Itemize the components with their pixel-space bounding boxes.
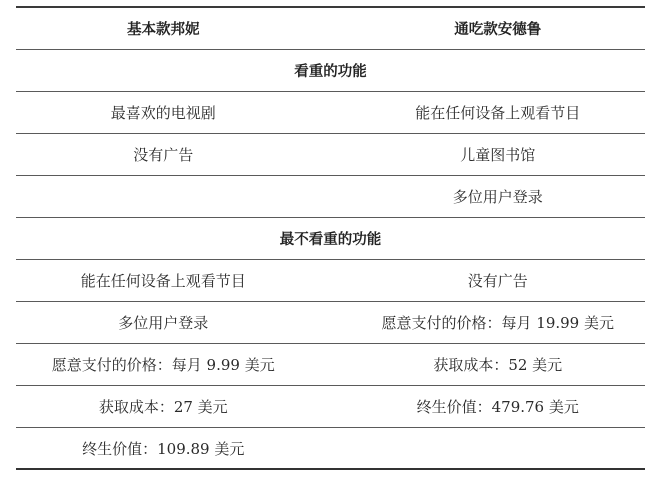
cell-right: 获取成本：52 美元 xyxy=(331,354,646,375)
cell-left: 终生价值：109.89 美元 xyxy=(16,438,331,459)
table-row: 最喜欢的电视剧 能在任何设备上观看节目 xyxy=(16,91,645,133)
cell-right: 能在任何设备上观看节目 xyxy=(331,102,646,123)
cell-left: 最喜欢的电视剧 xyxy=(16,102,331,123)
cell-left: 获取成本：27 美元 xyxy=(16,396,331,417)
column-header-basic-bonnie: 基本款邦妮 xyxy=(16,18,331,39)
cell-right: 多位用户登录 xyxy=(331,186,646,207)
table-row: 愿意支付的价格：每月 9.99 美元 获取成本：52 美元 xyxy=(16,343,645,385)
section-header-least-valued: 最不看重的功能 xyxy=(16,217,645,259)
table-header-row: 基本款邦妮 通吃款安德鲁 xyxy=(16,6,645,49)
table-row: 没有广告 儿童图书馆 xyxy=(16,133,645,175)
section-header-valued: 看重的功能 xyxy=(16,49,645,91)
column-header-all-in-andrew: 通吃款安德鲁 xyxy=(331,18,646,39)
cell-left: 能在任何设备上观看节目 xyxy=(16,270,331,291)
cell-right: 儿童图书馆 xyxy=(331,144,646,165)
cell-left: 多位用户登录 xyxy=(16,312,331,333)
section-title: 看重的功能 xyxy=(16,60,645,81)
table-row: 获取成本：27 美元 终生价值：479.76 美元 xyxy=(16,385,645,427)
table-row: 能在任何设备上观看节目 没有广告 xyxy=(16,259,645,301)
table-row: 多位用户登录 愿意支付的价格：每月 19.99 美元 xyxy=(16,301,645,343)
cell-right: 没有广告 xyxy=(331,270,646,291)
cell-right: 愿意支付的价格：每月 19.99 美元 xyxy=(331,312,646,333)
section-title: 最不看重的功能 xyxy=(16,228,645,249)
cell-left: 愿意支付的价格：每月 9.99 美元 xyxy=(16,354,331,375)
cell-left: 没有广告 xyxy=(16,144,331,165)
table-row: 多位用户登录 xyxy=(16,175,645,217)
persona-comparison-table: 基本款邦妮 通吃款安德鲁 看重的功能 最喜欢的电视剧 能在任何设备上观看节目 没… xyxy=(16,6,645,470)
cell-right: 终生价值：479.76 美元 xyxy=(331,396,646,417)
table-row: 终生价值：109.89 美元 xyxy=(16,427,645,470)
